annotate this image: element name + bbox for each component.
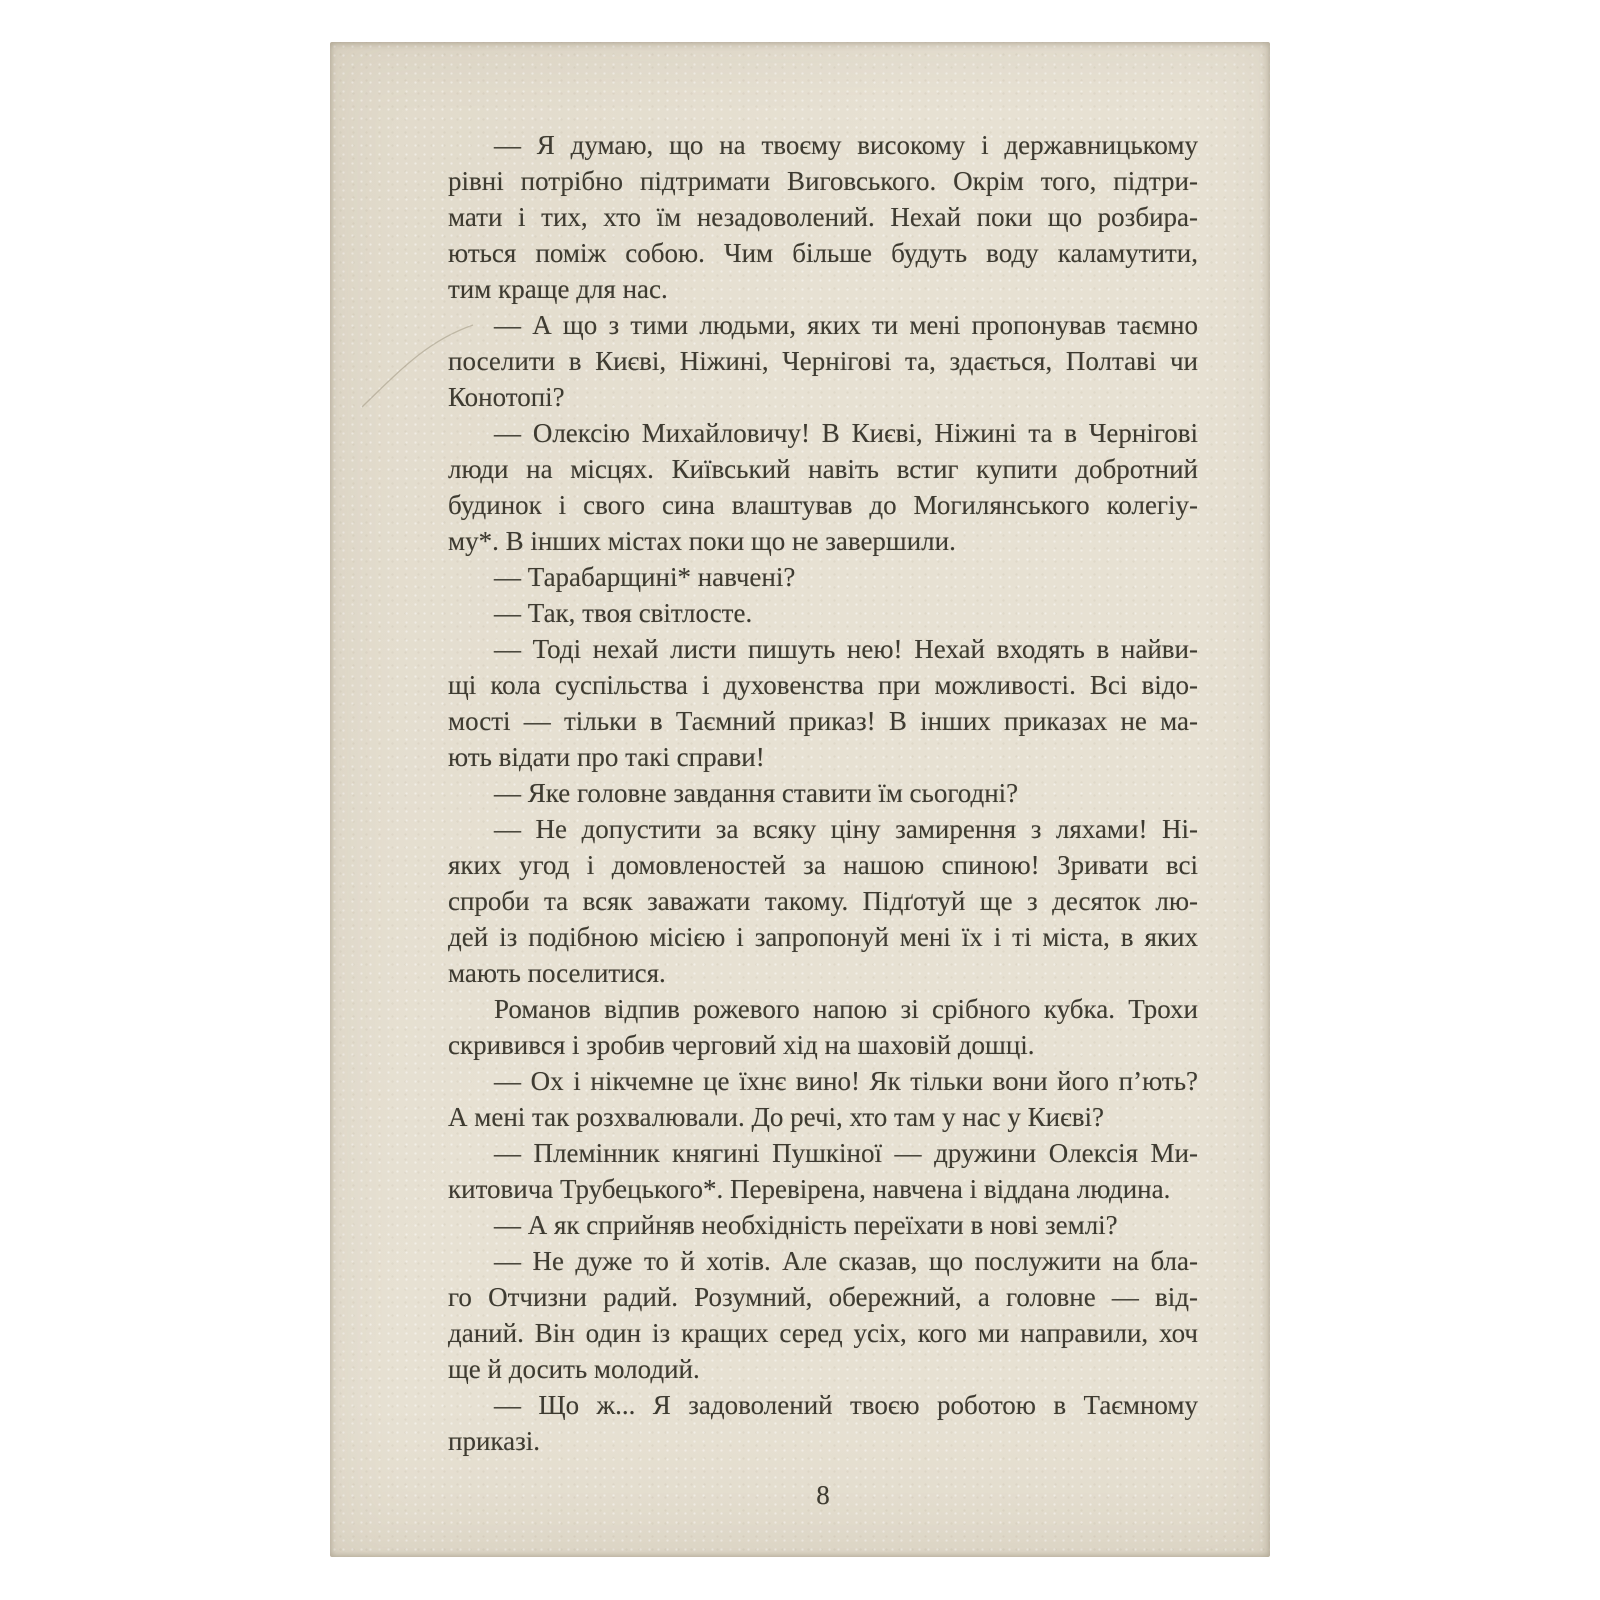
text-line-content: люди на місцях. Київський навіть встиг к… bbox=[448, 454, 1198, 484]
text-line-content: — Тоді нехай листи пишуть нею! Нехай вхо… bbox=[494, 634, 1198, 664]
text-line-content: ють відати про такі справи! bbox=[448, 742, 765, 772]
text-line-content: тим краще для нас. bbox=[448, 274, 668, 304]
text-line: тим краще для нас. bbox=[448, 271, 1198, 307]
text-line: приказі. bbox=[448, 1423, 1198, 1459]
text-line-content: — А що з тими людьми, яких ти мені пропо… bbox=[494, 310, 1198, 340]
book-page-scan: — Я думаю, що на твоєму високому і держа… bbox=[330, 42, 1270, 1557]
text-line: — Тарабарщині* навчені? bbox=[448, 559, 1198, 595]
text-line-content: даний. Він один із кращих серед усіх, ко… bbox=[448, 1318, 1198, 1348]
text-line-content: — А як сприйняв необхідність переїхати в… bbox=[494, 1210, 1118, 1240]
text-line-content: му*. В інших містах поки що не завершили… bbox=[448, 526, 956, 556]
text-line-content: будинок і свого сина влаштував до Могиля… bbox=[448, 490, 1198, 520]
text-line: спроби та всяк заважати такому. Підґотуй… bbox=[448, 883, 1198, 919]
text-line: — А що з тими людьми, яких ти мені пропо… bbox=[448, 307, 1198, 343]
text-line: рівні потрібно підтримати Виговського. О… bbox=[448, 163, 1198, 199]
text-line-content: щі кола суспільства і духовенства при мо… bbox=[448, 670, 1198, 700]
text-line: — Ох і нікчемне це їхнє вино! Як тільки … bbox=[448, 1063, 1198, 1099]
text-line-content: — Не допустити за всяку ціну замирення з… bbox=[494, 814, 1198, 844]
text-line-content: спроби та всяк заважати такому. Підґотуй… bbox=[448, 886, 1198, 916]
text-line: — Яке головне завдання ставити їм сьогод… bbox=[448, 775, 1198, 811]
text-line: — Племінник княгині Пушкіної — дружини О… bbox=[448, 1135, 1198, 1171]
text-line: — Тоді нехай листи пишуть нею! Нехай вхо… bbox=[448, 631, 1198, 667]
text-line: — Я думаю, що на твоєму високому і держа… bbox=[448, 127, 1198, 163]
text-line: го Отчизни радий. Розумний, обережний, а… bbox=[448, 1279, 1198, 1315]
text-line: дей із подібною місією і запропонуй мені… bbox=[448, 919, 1198, 955]
text-line: — Не дуже то й хотів. Але сказав, що пос… bbox=[448, 1243, 1198, 1279]
text-line-content: мають поселитися. bbox=[448, 958, 666, 988]
text-line: — Не допустити за всяку ціну замирення з… bbox=[448, 811, 1198, 847]
text-line: — Так, твоя світлосте. bbox=[448, 595, 1198, 631]
text-line-content: ще й досить молодий. bbox=[448, 1354, 700, 1384]
text-line-content: яких угод і домовленостей за нашою спино… bbox=[448, 850, 1198, 880]
text-line: — Що ж... Я задоволений твоєю роботою в … bbox=[448, 1387, 1198, 1423]
text-line: будинок і свого сина влаштував до Могиля… bbox=[448, 487, 1198, 523]
text-line: люди на місцях. Київський навіть встиг к… bbox=[448, 451, 1198, 487]
text-line-content: китовича Трубецького*. Перевірена, навче… bbox=[448, 1174, 1170, 1204]
text-line: поселити в Києві, Ніжині, Чернігові та, … bbox=[448, 343, 1198, 379]
text-line-content: мати і тих, хто їм незадоволений. Нехай … bbox=[448, 202, 1198, 232]
text-line: ють відати про такі справи! bbox=[448, 739, 1198, 775]
text-line-content: мості — тільки в Таємний приказ! В інших… bbox=[448, 706, 1198, 736]
text-line-content: ються поміж собою. Чим більше будуть вод… bbox=[448, 238, 1198, 268]
text-line-content: — Що ж... Я задоволений твоєю роботою в … bbox=[494, 1390, 1198, 1420]
text-line-content: — Олексію Михайловичу! В Києві, Ніжині т… bbox=[494, 418, 1198, 448]
text-line: Конотопі? bbox=[448, 379, 1198, 415]
page-number: 8 bbox=[448, 1477, 1198, 1513]
text-line: скривився і зробив черговий хід на шахов… bbox=[448, 1027, 1198, 1063]
text-line: мості — тільки в Таємний приказ! В інших… bbox=[448, 703, 1198, 739]
text-line: китовича Трубецького*. Перевірена, навче… bbox=[448, 1171, 1198, 1207]
text-line-content: поселити в Києві, Ніжині, Чернігові та, … bbox=[448, 346, 1198, 376]
text-line: му*. В інших містах поки що не завершили… bbox=[448, 523, 1198, 559]
text-line: — Олексію Михайловичу! В Києві, Ніжині т… bbox=[448, 415, 1198, 451]
text-line-content: — Так, твоя світлосте. bbox=[494, 598, 752, 628]
text-line-content: — Тарабарщині* навчені? bbox=[494, 562, 795, 592]
text-line: А мені так розхвалювали. До речі, хто та… bbox=[448, 1099, 1198, 1135]
text-line: яких угод і домовленостей за нашою спино… bbox=[448, 847, 1198, 883]
text-line-content: го Отчизни радий. Розумний, обережний, а… bbox=[448, 1282, 1198, 1312]
text-line-content: — Племінник княгині Пушкіної — дружини О… bbox=[494, 1138, 1198, 1168]
text-line-content: рівні потрібно підтримати Виговського. О… bbox=[448, 166, 1198, 196]
text-line-content: А мені так розхвалювали. До речі, хто та… bbox=[448, 1102, 1104, 1132]
text-line: мати і тих, хто їм незадоволений. Нехай … bbox=[448, 199, 1198, 235]
text-line: даний. Він один із кращих серед усіх, ко… bbox=[448, 1315, 1198, 1351]
text-line-content: — Не дуже то й хотів. Але сказав, що пос… bbox=[494, 1246, 1198, 1276]
text-line-content: скривився і зробив черговий хід на шахов… bbox=[448, 1030, 1035, 1060]
text-line: мають поселитися. bbox=[448, 955, 1198, 991]
text-line: щі кола суспільства і духовенства при мо… bbox=[448, 667, 1198, 703]
text-line-content: дей із подібною місією і запропонуй мені… bbox=[448, 922, 1198, 952]
text-line-content: — Ох і нікчемне це їхнє вино! Як тільки … bbox=[494, 1066, 1198, 1096]
text-line-content: — Я думаю, що на твоєму високому і держа… bbox=[494, 130, 1198, 160]
text-block: — Я думаю, що на твоєму високому і держа… bbox=[448, 127, 1198, 1459]
text-line: ще й досить молодий. bbox=[448, 1351, 1198, 1387]
text-line: — А як сприйняв необхідність переїхати в… bbox=[448, 1207, 1198, 1243]
text-line-content: Конотопі? bbox=[448, 382, 565, 412]
text-line: Романов відпив рожевого напою зі срібног… bbox=[448, 991, 1198, 1027]
text-line-content: — Яке головне завдання ставити їм сьогод… bbox=[494, 778, 1018, 808]
text-line-content: приказі. bbox=[448, 1426, 540, 1456]
text-line: ються поміж собою. Чим більше будуть вод… bbox=[448, 235, 1198, 271]
text-line-content: Романов відпив рожевого напою зі срібног… bbox=[494, 994, 1198, 1024]
